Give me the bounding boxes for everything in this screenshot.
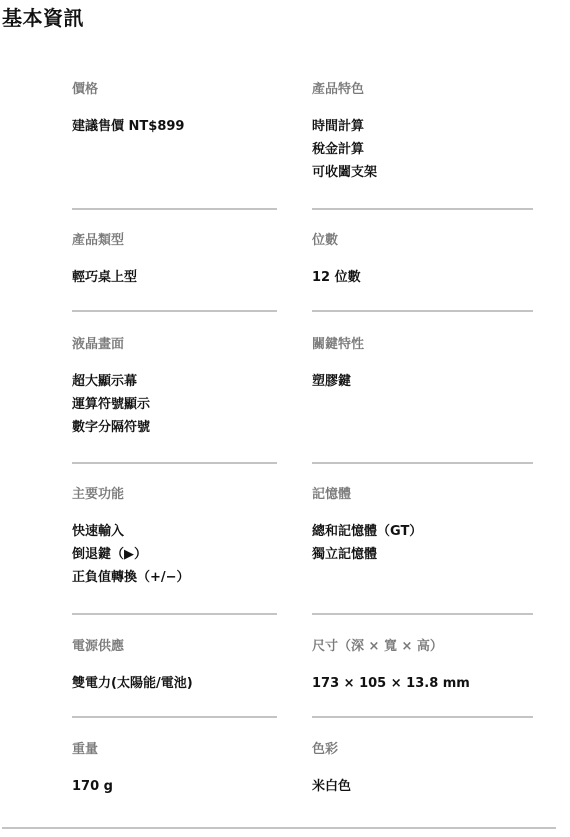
page-title: 基本資訊 xyxy=(2,4,84,32)
spec-value: 正負值轉換（+/−） xyxy=(72,566,277,589)
spec-digits: 位數 12 位數 xyxy=(312,232,533,289)
spec-memory: 記憶體 總和記憶體（GT） 獨立記憶體 xyxy=(312,486,533,566)
spec-dimensions: 尺寸（深 × 寬 × 高） 173 × 105 × 13.8 mm xyxy=(312,638,533,695)
spec-color: 色彩 米白色 xyxy=(312,741,533,798)
spec-label: 尺寸（深 × 寬 × 高） xyxy=(312,638,533,656)
spec-price: 價格 建議售價 NT$899 xyxy=(72,81,277,138)
spec-value: 12 位數 xyxy=(312,266,533,289)
divider xyxy=(72,208,277,210)
spec-label: 位數 xyxy=(312,232,533,250)
spec-value: 時間計算 xyxy=(312,115,533,138)
spec-value: 建議售價 NT$899 xyxy=(72,115,277,138)
divider xyxy=(312,613,533,615)
divider xyxy=(312,310,533,312)
spec-label: 主要功能 xyxy=(72,486,277,504)
spec-features: 產品特色 時間計算 稅金計算 可收闔支架 xyxy=(312,81,533,184)
spec-label: 液晶畫面 xyxy=(72,336,277,354)
spec-value: 雙電力(太陽能/電池) xyxy=(72,672,277,695)
spec-label: 記憶體 xyxy=(312,486,533,504)
divider xyxy=(312,716,533,718)
spec-label: 關鍵特性 xyxy=(312,336,533,354)
divider xyxy=(312,208,533,210)
bottom-divider xyxy=(2,827,556,829)
spec-value: 快速輸入 xyxy=(72,520,277,543)
spec-label: 產品特色 xyxy=(312,81,533,99)
spec-label: 重量 xyxy=(72,741,277,759)
spec-value: 塑膠鍵 xyxy=(312,370,533,393)
divider xyxy=(312,462,533,464)
spec-key-features: 關鍵特性 塑膠鍵 xyxy=(312,336,533,393)
divider xyxy=(72,613,277,615)
spec-label: 價格 xyxy=(72,81,277,99)
divider xyxy=(72,462,277,464)
spec-lcd: 液晶畫面 超大顯示幕 運算符號顯示 數字分隔符號 xyxy=(72,336,277,439)
spec-label: 色彩 xyxy=(312,741,533,759)
spec-value: 輕巧桌上型 xyxy=(72,266,277,289)
spec-value: 可收闔支架 xyxy=(312,161,533,184)
spec-value: 超大顯示幕 xyxy=(72,370,277,393)
spec-value: 170 g xyxy=(72,775,277,798)
spec-value: 稅金計算 xyxy=(312,138,533,161)
divider xyxy=(72,716,277,718)
spec-value: 173 × 105 × 13.8 mm xyxy=(312,672,533,695)
spec-weight: 重量 170 g xyxy=(72,741,277,798)
spec-label: 產品類型 xyxy=(72,232,277,250)
spec-value: 總和記憶體（GT） xyxy=(312,520,533,543)
spec-value: 運算符號顯示 xyxy=(72,393,277,416)
spec-main-functions: 主要功能 快速輸入 倒退鍵（▶） 正負值轉換（+/−） xyxy=(72,486,277,589)
spec-label: 電源供應 xyxy=(72,638,277,656)
spec-value: 獨立記憶體 xyxy=(312,543,533,566)
spec-product-type: 產品類型 輕巧桌上型 xyxy=(72,232,277,289)
spec-value: 倒退鍵（▶） xyxy=(72,543,277,566)
spec-power: 電源供應 雙電力(太陽能/電池) xyxy=(72,638,277,695)
divider xyxy=(72,310,277,312)
spec-value: 米白色 xyxy=(312,775,533,798)
spec-value: 數字分隔符號 xyxy=(72,416,277,439)
